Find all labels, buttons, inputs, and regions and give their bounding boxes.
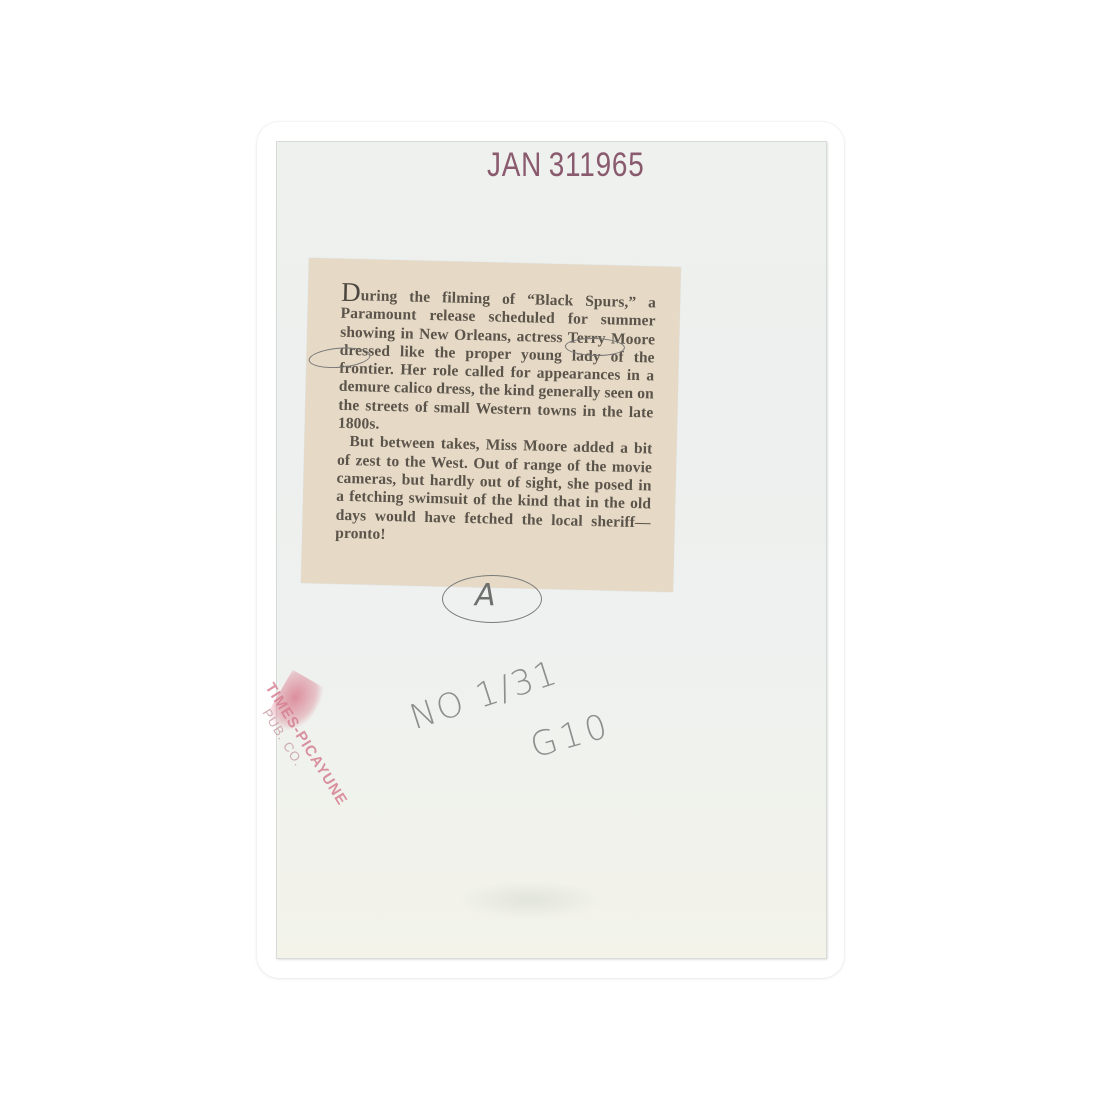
clipping-paragraph-2: But between takes, Miss Moore added a bi… (335, 433, 653, 550)
date-stamp-month: JAN (487, 146, 542, 184)
clipping-paragraph-1: During the filming of “Black Spurs,” a P… (338, 283, 657, 441)
date-stamp-year: 1965 (579, 146, 644, 184)
circled-letter: A (475, 578, 496, 613)
clipping-text: During the filming of “Black Spurs,” a P… (335, 283, 656, 551)
dropcap: D (341, 277, 361, 307)
newspaper-clipping: During the filming of “Black Spurs,” a P… (301, 258, 681, 592)
circled-letter-mark: A (442, 575, 542, 623)
date-stamp-day: 31 (549, 146, 580, 184)
faint-smudge (455, 880, 605, 920)
date-stamp: JAN311965 (487, 146, 645, 185)
